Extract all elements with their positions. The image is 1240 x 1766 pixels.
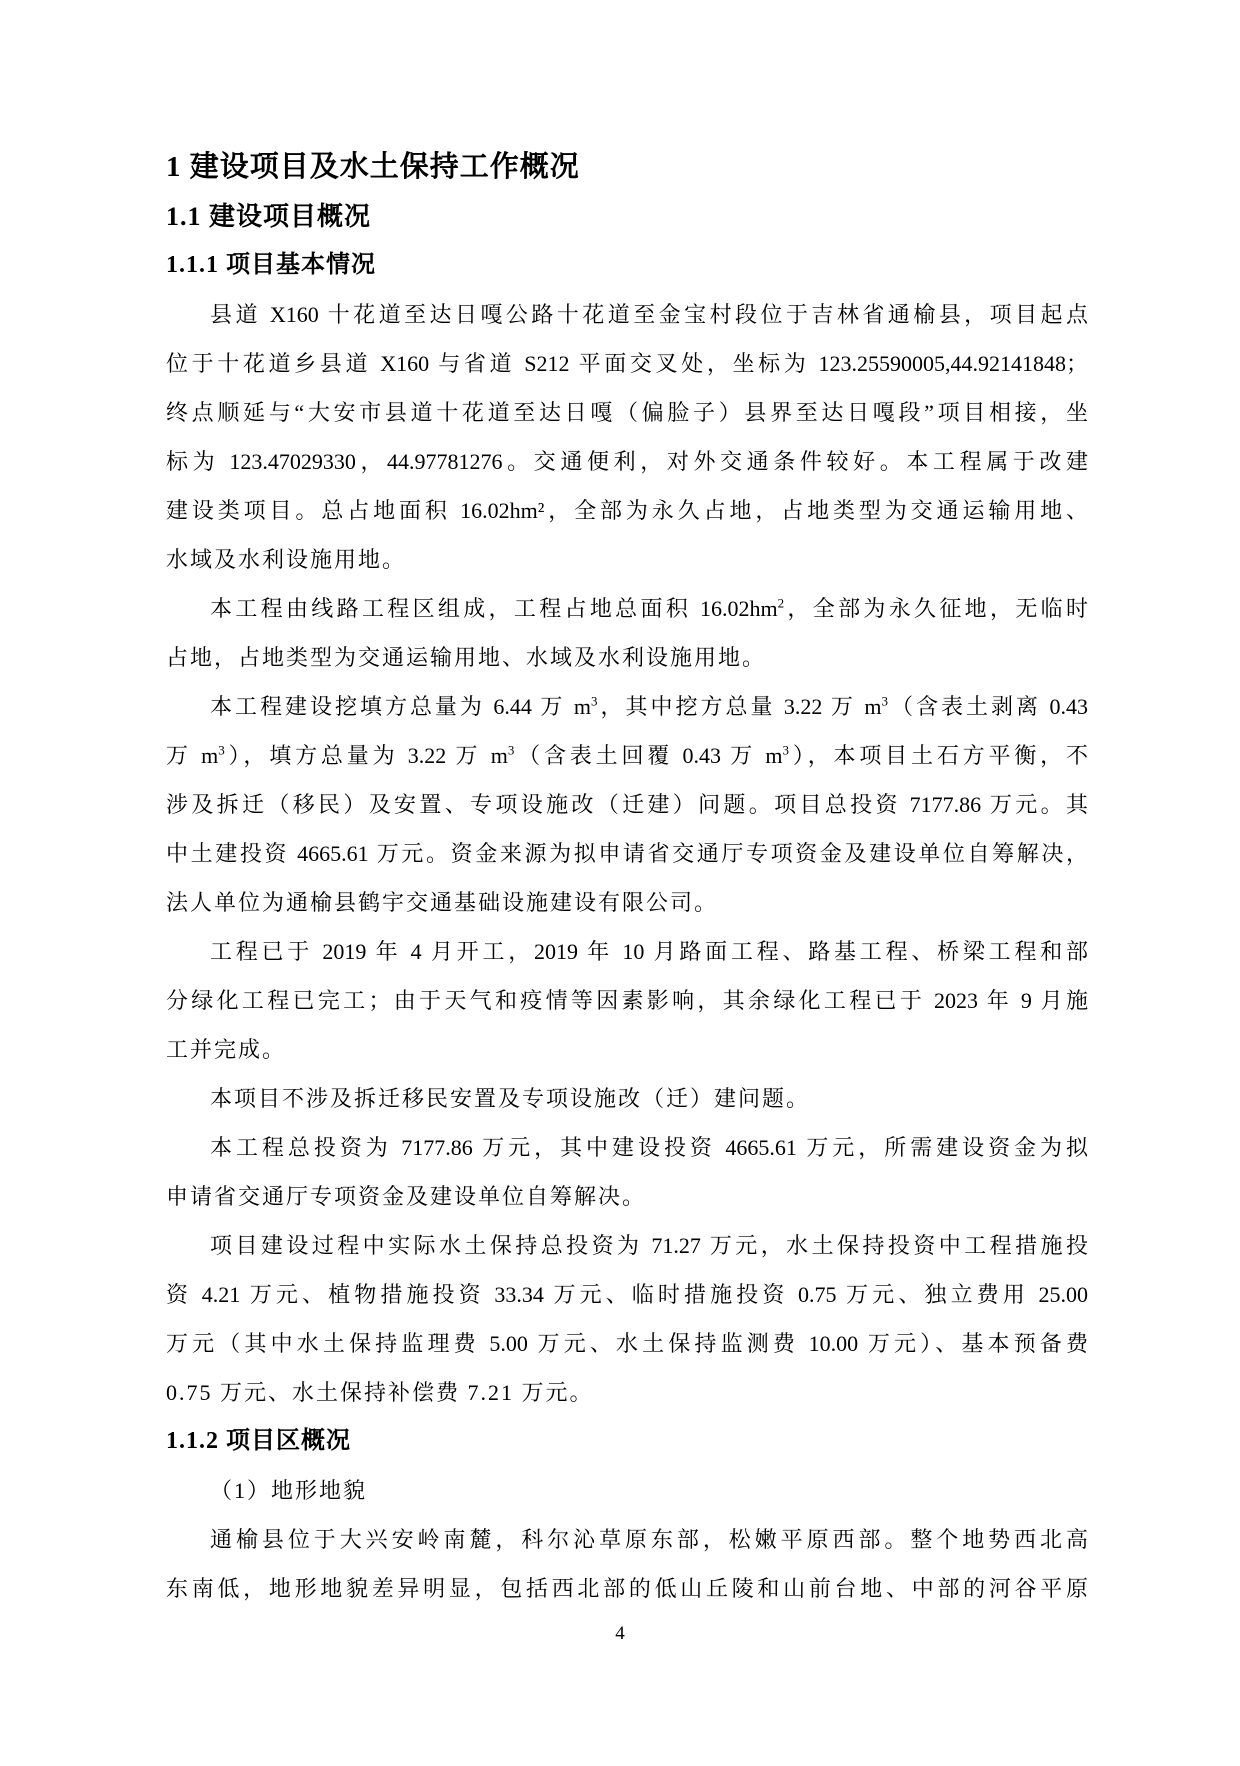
paragraph-line: 水域及水利设施用地。 — [166, 535, 1088, 584]
paragraph-line: 项目建设过程中实际水土保持总投资为 71.27 万元，水土保持投资中工程措施投 — [166, 1221, 1088, 1270]
document-page: 1 建设项目及水土保持工作概况1.1 建设项目概况1.1.1 项目基本情况县道 … — [0, 0, 1240, 1766]
paragraph-line: 涉及拆迁（移民）及安置、专项设施改（迁建）问题。项目总投资 7177.86 万元… — [166, 780, 1088, 829]
paragraph-line: 万 m3），填方总量为 3.22 万 m3（含表土回覆 0.43 万 m3），本… — [166, 731, 1088, 780]
paragraph-line: 工程已于 2019 年 4 月开工，2019 年 10 月路面工程、路基工程、桥… — [166, 927, 1088, 976]
paragraph-line: 资 4.21 万元、植物措施投资 33.34 万元、临时措施投资 0.75 万元… — [166, 1270, 1088, 1319]
document-body: 1 建设项目及水土保持工作概况1.1 建设项目概况1.1.1 项目基本情况县道 … — [166, 143, 1088, 1613]
chapter-heading: 1 建设项目及水土保持工作概况 — [166, 143, 1088, 192]
paragraph-line: 本项目不涉及拆迁移民安置及专项设施改（迁）建问题。 — [166, 1074, 1088, 1123]
paragraph-line: 0.75 万元、水土保持补偿费 7.21 万元。 — [166, 1368, 1088, 1417]
paragraph: 本项目不涉及拆迁移民安置及专项设施改（迁）建问题。 — [166, 1074, 1088, 1123]
paragraph: 项目建设过程中实际水土保持总投资为 71.27 万元，水土保持投资中工程措施投资… — [166, 1221, 1088, 1417]
paragraph: 本工程由线路工程区组成，工程占地总面积 16.02hm2，全部为永久征地，无临时… — [166, 584, 1088, 682]
paragraph: 本工程建设挖填方总量为 6.44 万 m3，其中挖方总量 3.22 万 m3（含… — [166, 682, 1088, 927]
paragraph-line: 万元（其中水土保持监理费 5.00 万元、水土保持监测费 10.00 万元）、基… — [166, 1319, 1088, 1368]
paragraph-line: 本工程总投资为 7177.86 万元，其中建设投资 4665.61 万元，所需建… — [166, 1123, 1088, 1172]
paragraph-line: 标为 123.47029330，44.97781276。交通便利，对外交通条件较… — [166, 437, 1088, 486]
paragraph-line: 工并完成。 — [166, 1025, 1088, 1074]
paragraph: 县道 X160 十花道至达日嘎公路十花道至金宝村段位于吉林省通榆县，项目起点位于… — [166, 290, 1088, 584]
paragraph-line: 分绿化工程已完工；由于天气和疫情等因素影响，其余绿化工程已于 2023 年 9 … — [166, 976, 1088, 1025]
paragraph-line: 本工程由线路工程区组成，工程占地总面积 16.02hm2，全部为永久征地，无临时 — [166, 584, 1088, 633]
paragraph-line: 法人单位为通榆县鹤宇交通基础设施建设有限公司。 — [166, 878, 1088, 927]
paragraph-line: 位于十花道乡县道 X160 与省道 S212 平面交叉处，坐标为 123.255… — [166, 339, 1088, 388]
paragraph-line: 申请省交通厅专项资金及建设单位自筹解决。 — [166, 1172, 1088, 1221]
section-heading: 1.1 建设项目概况 — [166, 192, 1088, 241]
paragraph-line: 中土建投资 4665.61 万元。资金来源为拟申请省交通厅专项资金及建设单位自筹… — [166, 829, 1088, 878]
paragraph: （1）地形地貌 — [166, 1466, 1088, 1515]
paragraph-line: 本工程建设挖填方总量为 6.44 万 m3，其中挖方总量 3.22 万 m3（含… — [166, 682, 1088, 731]
paragraph: 本工程总投资为 7177.86 万元，其中建设投资 4665.61 万元，所需建… — [166, 1123, 1088, 1221]
subsection-heading: 1.1.2 项目区概况 — [166, 1417, 1088, 1466]
paragraph-line: 东南低，地形地貌差异明显，包括西北部的低山丘陵和山前台地、中部的河谷平原 — [166, 1564, 1088, 1613]
paragraph-line: 占地，占地类型为交通运输用地、水域及水利设施用地。 — [166, 633, 1088, 682]
paragraph: 工程已于 2019 年 4 月开工，2019 年 10 月路面工程、路基工程、桥… — [166, 927, 1088, 1074]
paragraph-line: 县道 X160 十花道至达日嘎公路十花道至金宝村段位于吉林省通榆县，项目起点 — [166, 290, 1088, 339]
paragraph-line: （1）地形地貌 — [166, 1466, 1088, 1515]
paragraph-line: 通榆县位于大兴安岭南麓，科尔沁草原东部，松嫩平原西部。整个地势西北高 — [166, 1515, 1088, 1564]
paragraph-line: 建设类项目。总占地面积 16.02hm²，全部为永久占地，占地类型为交通运输用地… — [166, 486, 1088, 535]
paragraph-line: 终点顺延与“大安市县道十花道至达日嘎（偏脸子）县界至达日嘎段”项目相接，坐 — [166, 388, 1088, 437]
paragraph: 通榆县位于大兴安岭南麓，科尔沁草原东部，松嫩平原西部。整个地势西北高东南低，地形… — [166, 1515, 1088, 1613]
subsection-heading: 1.1.1 项目基本情况 — [166, 241, 1088, 290]
page-number: 4 — [0, 1620, 1240, 1648]
